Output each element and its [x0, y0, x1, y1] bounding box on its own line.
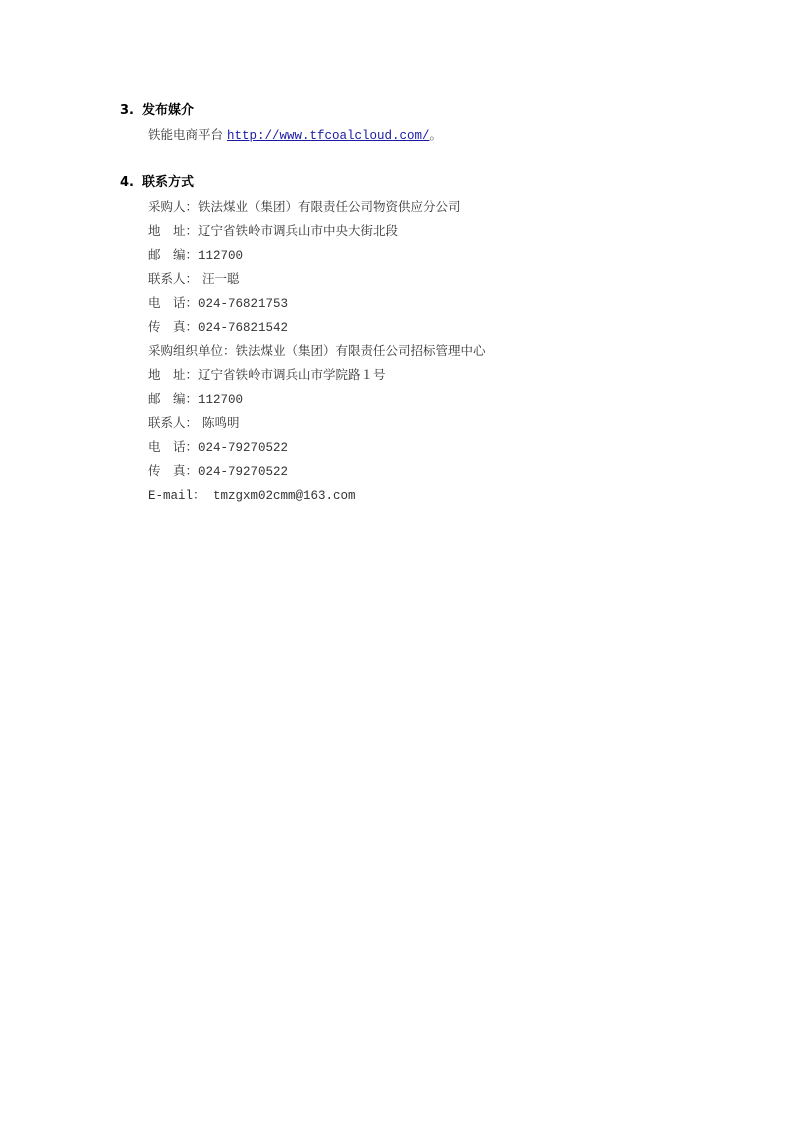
- section-title: 联系方式: [142, 175, 194, 190]
- field-label: 联系人：: [148, 415, 198, 430]
- section-number: 3.: [120, 103, 142, 119]
- field-value: 汪一聪: [198, 271, 239, 286]
- field-label: 传 真：: [148, 463, 198, 478]
- field-value: 辽宁省铁岭市调兵山市中央大街北段: [198, 223, 398, 238]
- field-label: E-mail：: [148, 489, 206, 503]
- section-title: 发布媒介: [142, 103, 194, 118]
- period: 。: [430, 127, 443, 142]
- contact-line-organizer-postcode: 邮 编：112700: [148, 391, 243, 408]
- contact-line-organizer-phone: 电 话：024-79270522: [148, 439, 288, 456]
- field-value: 024-79270522: [198, 465, 288, 479]
- field-label: 采购组织单位：: [148, 343, 236, 358]
- field-label: 电 话：: [148, 295, 198, 310]
- contact-line-organizer-contact: 联系人： 陈鸣明: [148, 415, 240, 431]
- field-value: 024-79270522: [198, 441, 288, 455]
- field-value: 112700: [198, 393, 243, 407]
- contact-line-address: 地 址：辽宁省铁岭市调兵山市中央大街北段: [148, 223, 398, 239]
- field-value: 024-76821542: [198, 321, 288, 335]
- field-label: 地 址：: [148, 223, 198, 238]
- field-label: 电 话：: [148, 439, 198, 454]
- section-heading-publish-media: 3.发布媒介: [120, 103, 194, 119]
- publish-platform-line: 铁能电商平台 http://www.tfcoalcloud.com/。: [148, 127, 442, 144]
- field-value: 024-76821753: [198, 297, 288, 311]
- contact-line-phone: 电 话：024-76821753: [148, 295, 288, 312]
- field-value: 陈鸣明: [198, 415, 239, 430]
- section-heading-contact: 4.联系方式: [120, 175, 194, 191]
- field-label: 地 址：: [148, 367, 198, 382]
- platform-name: 铁能电商平台: [148, 127, 227, 142]
- contact-line-organizer-fax: 传 真：024-79270522: [148, 463, 288, 480]
- section-number: 4.: [120, 175, 142, 191]
- field-label: 联系人：: [148, 271, 198, 286]
- field-value: 辽宁省铁岭市调兵山市学院路１号: [198, 367, 386, 382]
- field-label: 采购人：: [148, 199, 198, 214]
- field-value: 112700: [198, 249, 243, 263]
- contact-line-purchaser: 采购人：铁法煤业（集团）有限责任公司物资供应分公司: [148, 199, 461, 215]
- contact-line-organizer-address: 地 址：辽宁省铁岭市调兵山市学院路１号: [148, 367, 386, 383]
- field-label: 邮 编：: [148, 391, 198, 406]
- field-value: 铁法煤业（集团）有限责任公司物资供应分公司: [198, 199, 461, 214]
- contact-line-contact-person: 联系人： 汪一聪: [148, 271, 240, 287]
- email-value: tmzgxm02cmm@163.com: [206, 489, 356, 503]
- field-label: 传 真：: [148, 319, 198, 334]
- contact-line-email: E-mail： tmzgxm02cmm@163.com: [148, 487, 356, 504]
- contact-line-postcode: 邮 编：112700: [148, 247, 243, 264]
- contact-line-fax: 传 真：024-76821542: [148, 319, 288, 336]
- field-value: 铁法煤业（集团）有限责任公司招标管理中心: [236, 343, 486, 358]
- platform-url-link[interactable]: http://www.tfcoalcloud.com/: [227, 129, 430, 143]
- contact-line-organizer: 采购组织单位：铁法煤业（集团）有限责任公司招标管理中心: [148, 343, 486, 359]
- field-label: 邮 编：: [148, 247, 198, 262]
